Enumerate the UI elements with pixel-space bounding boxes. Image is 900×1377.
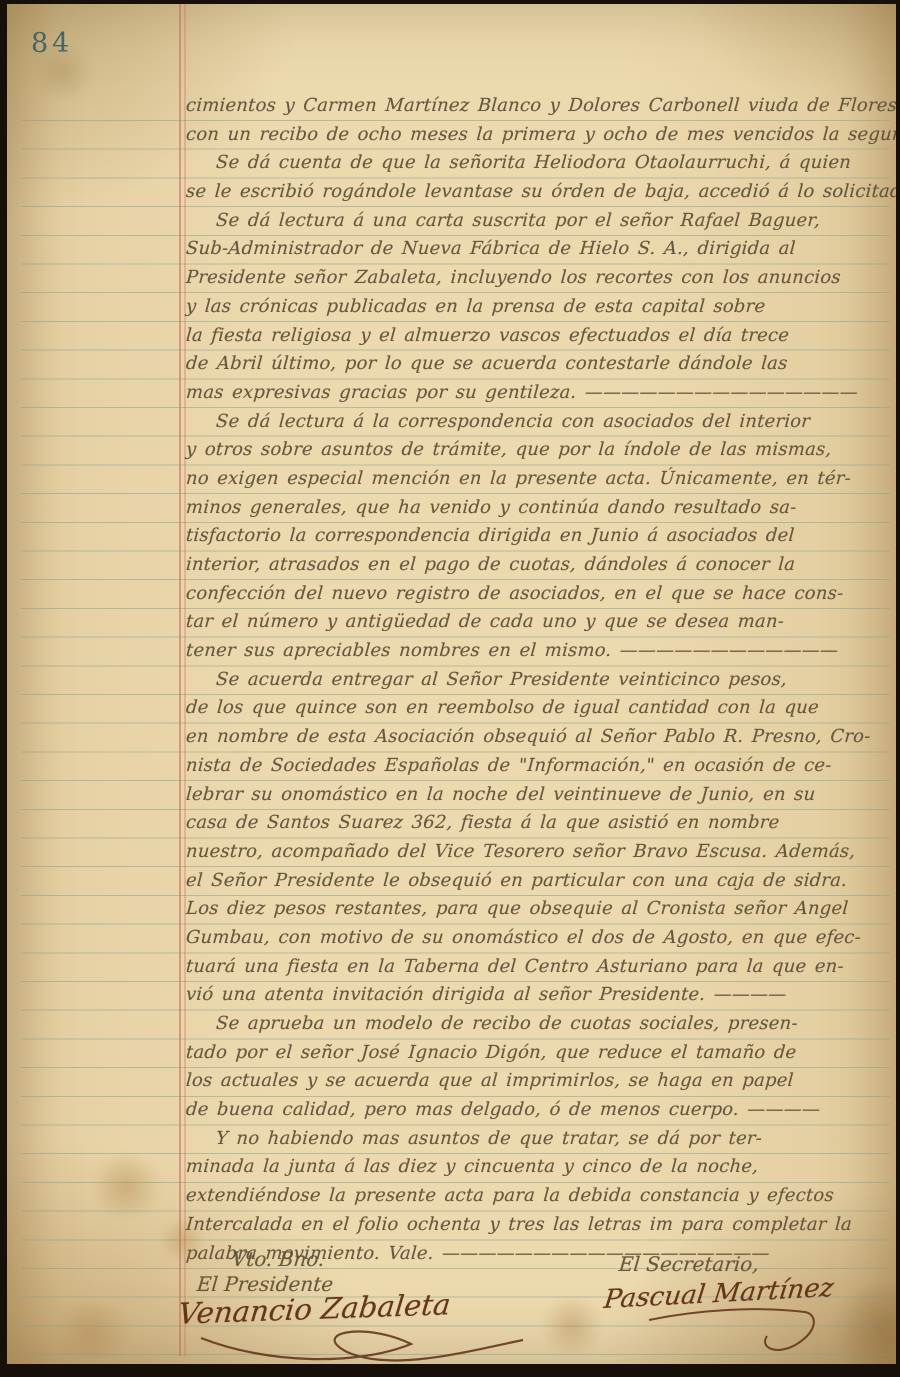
manuscript-line: Presidente señor Zabaleta, incluyendo lo… xyxy=(185,264,896,293)
manuscript-line: la fiesta religiosa y el almuerzo vascos… xyxy=(185,322,896,351)
manuscript-line: de Abril último, por lo que se acuerda c… xyxy=(185,350,896,379)
manuscript-line: Sub-Administrador de Nueva Fábrica de Hi… xyxy=(185,235,896,264)
signature-flourish xyxy=(647,1304,827,1360)
manuscript-line: en nombre de esta Asociación obsequió al… xyxy=(185,723,896,752)
manuscript-line: confección del nuevo registro de asociad… xyxy=(185,580,896,609)
manuscript-line: cimientos y Carmen Martínez Blanco y Dol… xyxy=(185,92,896,121)
manuscript-line: nuestro, acompañado del Vice Tesorero se… xyxy=(185,838,896,867)
manuscript-line: tar el número y antigüedad de cada uno y… xyxy=(185,608,896,637)
paper-stain xyxy=(89,1154,164,1219)
secretary-signature: Pascual Martínez xyxy=(602,1273,835,1315)
manuscript-line: Los diez pesos restantes, para que obseq… xyxy=(185,895,896,924)
manuscript-line: no exigen especial mención en la present… xyxy=(185,465,896,494)
manuscript-line: Y no habiendo mas asuntos de que tratar,… xyxy=(185,1125,896,1154)
manuscript-line: con un recibo de ocho meses la primera y… xyxy=(185,121,896,150)
vto-bno-label: Vto. Bno. xyxy=(231,1247,326,1271)
scanned-photo-frame: 84 cimientos y Carmen Martínez Blanco y … xyxy=(0,0,900,1377)
manuscript-line: Intercalada en el folio ochenta y tres l… xyxy=(185,1211,896,1240)
red-margin-line xyxy=(179,4,181,1356)
manuscript-line: Gumbau, con motivo de su onomástico el d… xyxy=(185,924,896,953)
paper-stain xyxy=(827,1284,896,1364)
secretary-label: El Secretario, xyxy=(618,1252,760,1276)
manuscript-line: Se dá cuenta de que la señorita Heliodor… xyxy=(185,149,896,178)
manuscript-line: nista de Sociedades Españolas de "Inform… xyxy=(185,752,896,781)
manuscript-line: los actuales y se acuerda que al imprimi… xyxy=(185,1067,896,1096)
manuscript-line: extendiéndose la presente acta para la d… xyxy=(185,1182,896,1211)
manuscript-line: lebrar su onomástico en la noche del vei… xyxy=(185,781,896,810)
manuscript-line: vió una atenta invitación dirigida al se… xyxy=(185,981,896,1010)
manuscript-line: tado por el señor José Ignacio Digón, qu… xyxy=(185,1039,896,1068)
manuscript-line: mas expresivas gracias por su gentileza.… xyxy=(185,379,896,408)
manuscript-line: casa de Santos Suarez 362, fiesta á la q… xyxy=(185,809,896,838)
manuscript-line: minada la junta á las diez y cincuenta y… xyxy=(185,1153,896,1182)
manuscript-line: se le escribió rogándole levantase su ór… xyxy=(185,178,896,207)
manuscript-line: el Señor Presidente le obsequió en parti… xyxy=(185,867,896,896)
page-number-stamp: 84 xyxy=(31,28,73,59)
manuscript-line: Se dá lectura á una carta suscrita por e… xyxy=(185,207,896,236)
signature-flourish xyxy=(197,1322,527,1364)
manuscript-line: tener sus apreciables nombres en el mism… xyxy=(185,637,896,666)
manuscript-line: minos generales, que ha venido y continú… xyxy=(185,494,896,523)
paper-stain xyxy=(47,1304,137,1359)
manuscript-line: de buena calidad, pero mas delgado, ó de… xyxy=(185,1096,896,1125)
manuscript-text: cimientos y Carmen Martínez Blanco y Dol… xyxy=(185,92,896,1268)
manuscript-line: y otros sobre asuntos de trámite, que po… xyxy=(185,436,896,465)
manuscript-line: Se dá lectura á la correspondencia con a… xyxy=(185,408,896,437)
manuscript-line: interior, atrasados en el pago de cuotas… xyxy=(185,551,896,580)
manuscript-line: y las crónicas publicadas en la prensa d… xyxy=(185,293,896,322)
manuscript-line: Se aprueba un modelo de recibo de cuotas… xyxy=(185,1010,896,1039)
manuscript-line: de los que quince son en reembolso de ig… xyxy=(185,694,896,723)
manuscript-line: tisfactorio la correspondencia dirigida … xyxy=(185,522,896,551)
manuscript-line: Se acuerda entregar al Señor Presidente … xyxy=(185,666,896,695)
ledger-page: 84 cimientos y Carmen Martínez Blanco y … xyxy=(7,4,896,1364)
paper-stain xyxy=(537,1299,607,1354)
manuscript-line: tuará una fiesta en la Taberna del Centr… xyxy=(185,953,896,982)
